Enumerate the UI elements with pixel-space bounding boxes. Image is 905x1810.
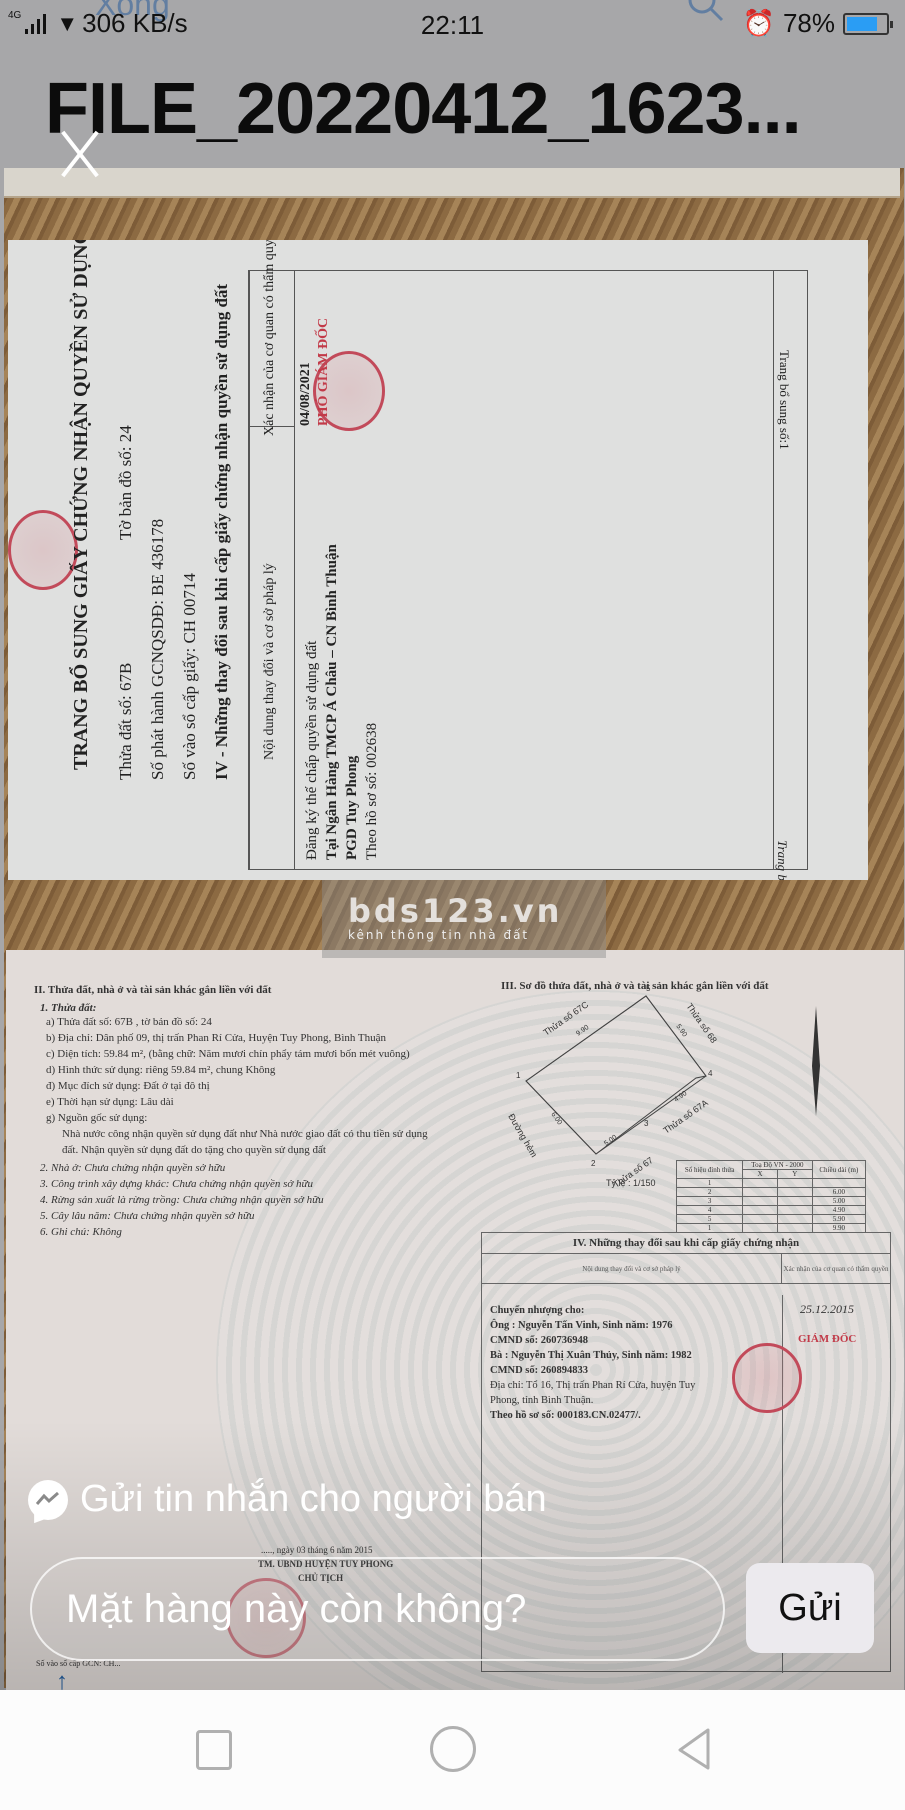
message-seller-header: Gửi tin nhắn cho người bán [28,1478,547,1521]
battery-icon [843,13,889,35]
thua-dat-line: Thửa đất số: 67B [116,663,136,780]
svg-text:Thửa số 67A: Thửa số 67A [661,1098,709,1136]
close-icon[interactable] [56,130,104,178]
coord-row: 55.90 [677,1215,866,1224]
so-vao-so-line: Số vào sổ cấp giấy: CH 00714 [180,573,200,780]
entry-line-3: PGD Tuy Phong [344,756,361,860]
to-ban-do-line: Tờ bản đồ số: 24 [116,425,136,540]
land-details: a) Thửa đất số: 67B , tờ bản đồ số: 24 b… [46,1014,476,1158]
coord-row: 26.00 [677,1188,866,1197]
back-icon[interactable] [672,1726,716,1772]
entry-line-1: Đăng ký thế chấp quyền sử dụng đất [304,641,321,860]
confirm-title: PHÓ GIÁM ĐỐC [316,318,332,426]
status-bar: Xong 4G ▼ 306 KB/s 22:11 ⏰ 78% [0,0,905,48]
footer-note: Trang bổ sung này luôn phải đính kèm Giấ… [774,840,790,880]
svg-text:5.00: 5.00 [603,1134,618,1148]
svg-text:Đường hẻm: Đường hẻm [506,1112,539,1159]
supplement-page: TRANG BỔ SUNG GIẤY CHỨNG NHẬN QUYỀN SỬ D… [8,240,868,880]
col-content-label: Nội dung thay đổi và cơ sở pháp lý [262,563,278,760]
entry-line-2: Tại Ngân Hàng TMCP Á Châu – CN Bình Thuậ… [324,544,341,860]
section-iv-line: IV - Những thay đổi sau khi cấp giấy chứ… [212,284,232,780]
screen: TRANG BỔ SUNG GIẤY CHỨNG NHẬN QUYỀN SỬ D… [0,0,905,1810]
svg-text:Thửa số 68: Thửa số 68 [684,1001,719,1044]
svg-text:9.90: 9.90 [575,1024,590,1038]
svg-text:Tỷ lệ : 1/150: Tỷ lệ : 1/150 [606,1178,656,1188]
col-confirm-label: Xác nhận của cơ quan có thẩm quyền [262,240,278,436]
battery-percent: 78% [783,8,835,39]
svg-text:4.90: 4.90 [673,1090,688,1104]
so-phat-hanh-line: Số phát hành GCNQSDĐ: BE 436178 [148,519,168,780]
coordinate-table: Số hiệu đỉnh thửaToạ Độ VN - 2000Chiều d… [676,1160,866,1233]
entry-line-4: Theo hồ sơ số: 002638 [364,723,381,860]
coord-row: 1 [677,1179,866,1188]
page-label: Trang bổ sung số:1 [776,350,792,450]
svg-text:4: 4 [708,1069,713,1078]
svg-text:6.00: 6.00 [549,1111,563,1126]
previous-page-strip [4,168,900,198]
recent-apps-icon[interactable] [196,1730,232,1770]
svg-text:3: 3 [644,1119,649,1128]
iv-stamp [732,1343,802,1413]
send-button[interactable]: Gửi [746,1563,874,1653]
messenger-icon [28,1480,68,1520]
message-input[interactable]: Mặt hàng này còn không? [30,1557,725,1661]
svg-text:1: 1 [516,1071,521,1080]
iv-confirm-title: GIÁM ĐỐC [798,1331,856,1347]
navigation-bar [0,1690,905,1810]
svg-text:2: 2 [591,1159,596,1168]
watermark-badge: bds123.vn kênh thông tin nhà đất [322,880,606,958]
confirm-date: 04/08/2021 [298,362,314,426]
section-ii-title: II. Thửa đất, nhà ở và tài sản khác gắn … [34,984,271,996]
alarm-icon: ⏰ [743,8,775,39]
coord-row: 44.90 [677,1206,866,1215]
red-stamp [8,510,78,590]
other-assets: 2. Nhà ở: Chưa chứng nhận quyền sở hữu 3… [40,1160,470,1240]
file-title: FILE_20220412_1623... [45,68,801,150]
svg-text:5: 5 [646,984,651,993]
supplement-heading: TRANG BỔ SUNG GIẤY CHỨNG NHẬN QUYỀN SỬ D… [70,240,93,770]
home-icon[interactable] [430,1726,476,1772]
coord-row: 35.00 [677,1197,866,1206]
iv-confirm-date: 25.12.2015 [800,1301,854,1317]
